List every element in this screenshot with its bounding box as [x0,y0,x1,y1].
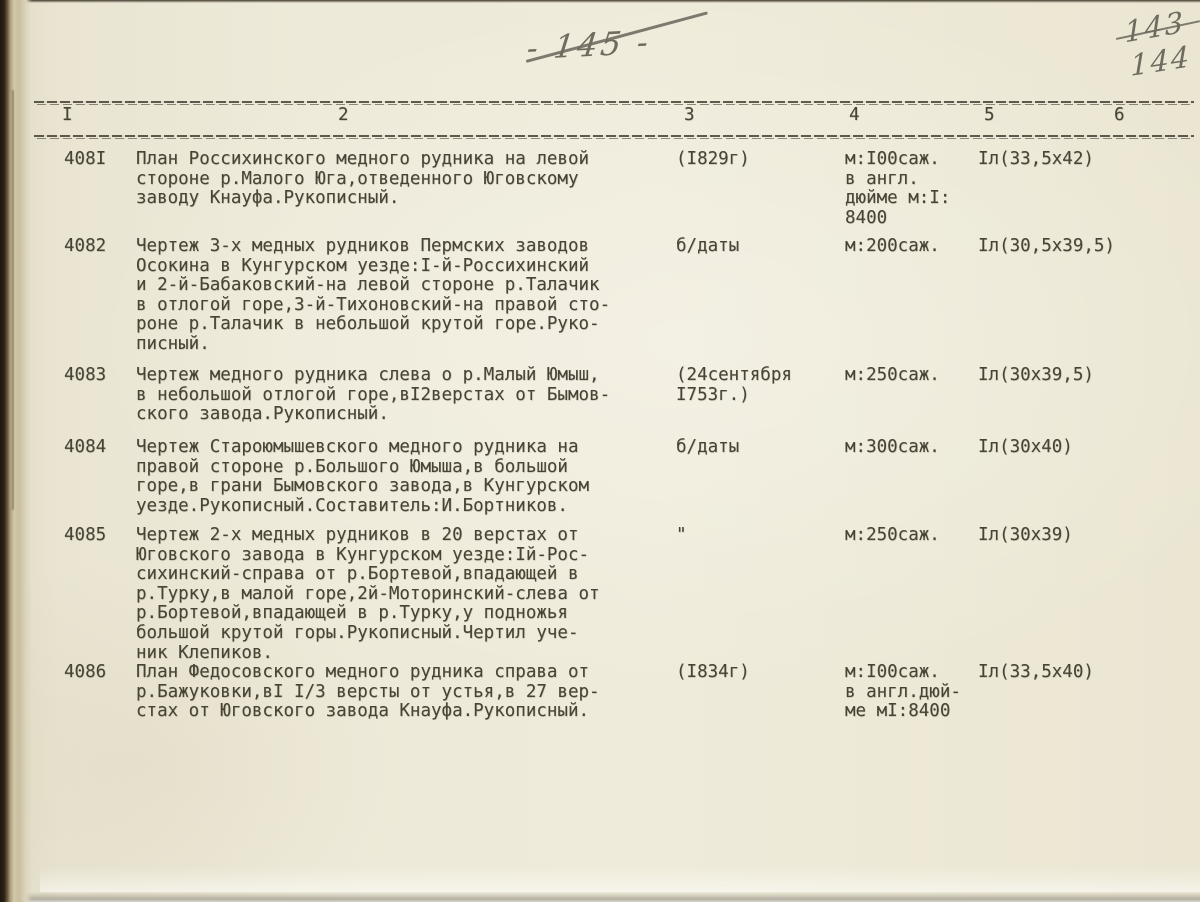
row-scale: м:250саж. [845,526,980,546]
row-number: 4084 [64,438,134,458]
row-scale: м:250саж. [845,366,980,386]
row-date: (I834г) [676,663,841,683]
row-sheets: Iл(30х39) [978,526,1193,546]
column-header-6: 6 [1114,106,1125,126]
row-description: Чертеж 3-х медных рудников Пермских заво… [136,237,641,355]
row-number: 4085 [64,526,134,546]
row-description: План Федосовского медного рудника справа… [136,663,641,722]
row-scale: м:I00саж. в англ.дюй- ме мI:8400 [845,663,980,722]
row-sheets: Iл(30,5х39,5) [978,237,1193,257]
scanned-catalog-page: - 145 - 143 144 I 2 3 4 5 6 408I План Ро… [0,0,1200,902]
row-description: Чертеж медного рудника слева о р.Малый Ю… [136,366,641,425]
row-scale: м:I00саж. в англ. дюйме м:I: 8400 [845,150,980,228]
column-header-5: 5 [984,106,995,126]
row-sheets: Iл(30х39,5) [978,366,1193,386]
book-spine-shadow [0,0,32,902]
column-header-3: 3 [684,106,695,126]
row-scale: м:300саж. [845,438,980,458]
column-header-2: 2 [338,106,349,126]
column-header-4: 4 [849,106,860,126]
column-header-1: I [62,106,73,126]
row-date: б/даты [676,237,841,257]
page-top-edge [0,0,1200,3]
page-bottom-edge [0,892,1200,902]
header-rule-top [34,101,1194,103]
row-description: Чертеж 2-х медных рудников в 20 верстах … [136,526,641,663]
row-number: 4086 [64,663,134,683]
row-description: Чертеж Староюмышевского медного рудника … [136,438,641,516]
row-date: (24сентября I753г.) [676,366,841,405]
page-crease [12,90,14,510]
row-description: План Россихинского медного рудника на ле… [136,150,641,209]
row-number: 4083 [64,366,134,386]
row-sheets: Iл(33,5х40) [978,663,1193,683]
row-date: (I829г) [676,150,841,170]
header-rule-bottom [34,135,1194,137]
row-sheets: Iл(30х40) [978,438,1193,458]
row-date: б/даты [676,438,841,458]
row-date-ditto: " [676,526,841,546]
row-number: 408I [64,150,134,170]
row-sheets: Iл(33,5х42) [978,150,1193,170]
row-number: 4082 [64,237,134,257]
page-bottom-highlight [40,866,1200,892]
row-scale: м:200саж. [845,237,980,257]
